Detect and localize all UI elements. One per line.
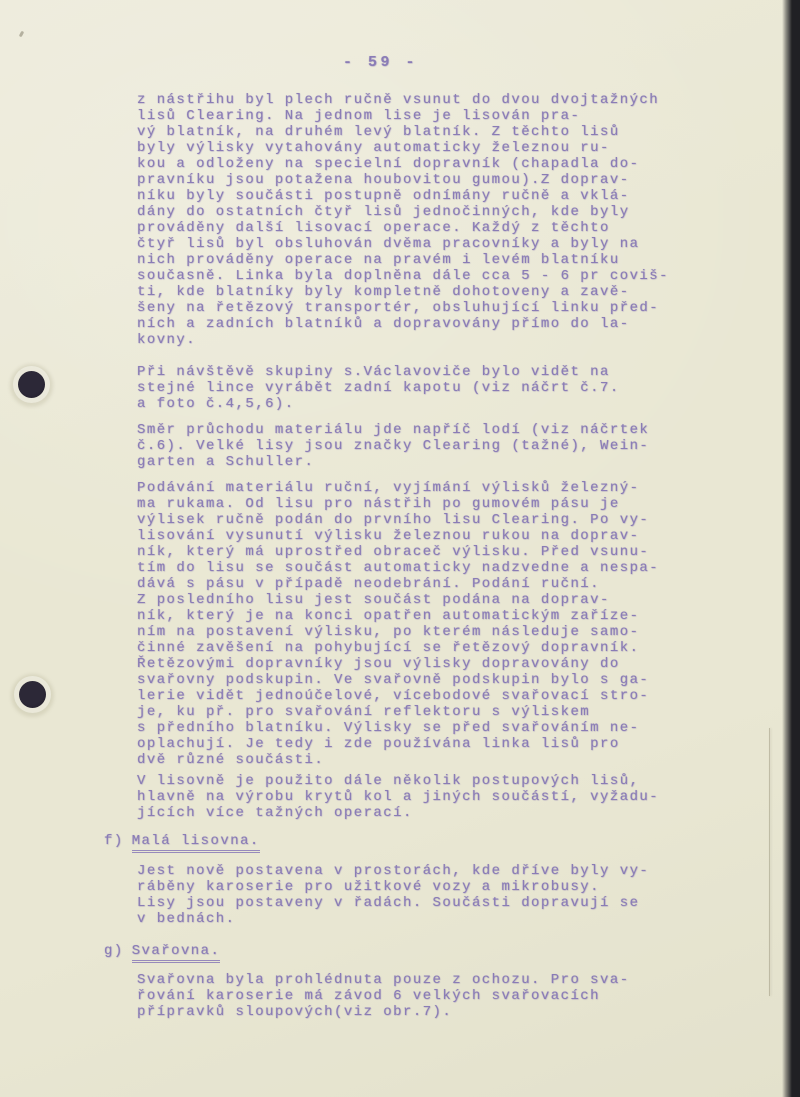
paper-crease (769, 728, 770, 996)
paper-speck (19, 31, 24, 38)
paragraph-press-line: z nástřihu byl plech ručně vsunut do dvo… (137, 92, 690, 348)
section-f-label: f) (104, 833, 124, 849)
paragraph-feeding-process: Podávání materiálu ruční, vyjímání výlis… (137, 480, 690, 768)
section-g-title: Svařovna. (132, 943, 221, 963)
hole-punch-bottom (19, 681, 46, 708)
hole-punch-top (18, 371, 45, 398)
paragraph-small-press-shop: Jest nově postavena v prostorách, kde dř… (137, 863, 690, 927)
page-number: - 59 - (343, 54, 418, 72)
section-g-label: g) (104, 943, 124, 959)
document-body: z nástřihu byl plech ručně vsunut do dvo… (104, 90, 690, 1020)
section-heading-g: g) Svařovna. (104, 943, 690, 963)
paragraph-welding-shop: Svařovna byla prohlédnuta pouze z ochozu… (137, 972, 690, 1020)
scanned-page: - 59 - z nástřihu byl plech ručně vsunut… (0, 0, 800, 1097)
scan-edge-right (782, 0, 800, 1097)
paragraph-progressive-presses: V lisovně je použito dále několik postup… (137, 773, 690, 821)
paragraph-material-flow: Směr průchodu materiálu jde napříč lodí … (137, 422, 690, 470)
section-heading-f: f) Malá lisovna. (104, 833, 690, 853)
paragraph-vaclavovic-visit: Při návštěvě skupiny s.Václavoviče bylo … (137, 364, 690, 412)
section-f-title: Malá lisovna. (132, 833, 260, 853)
